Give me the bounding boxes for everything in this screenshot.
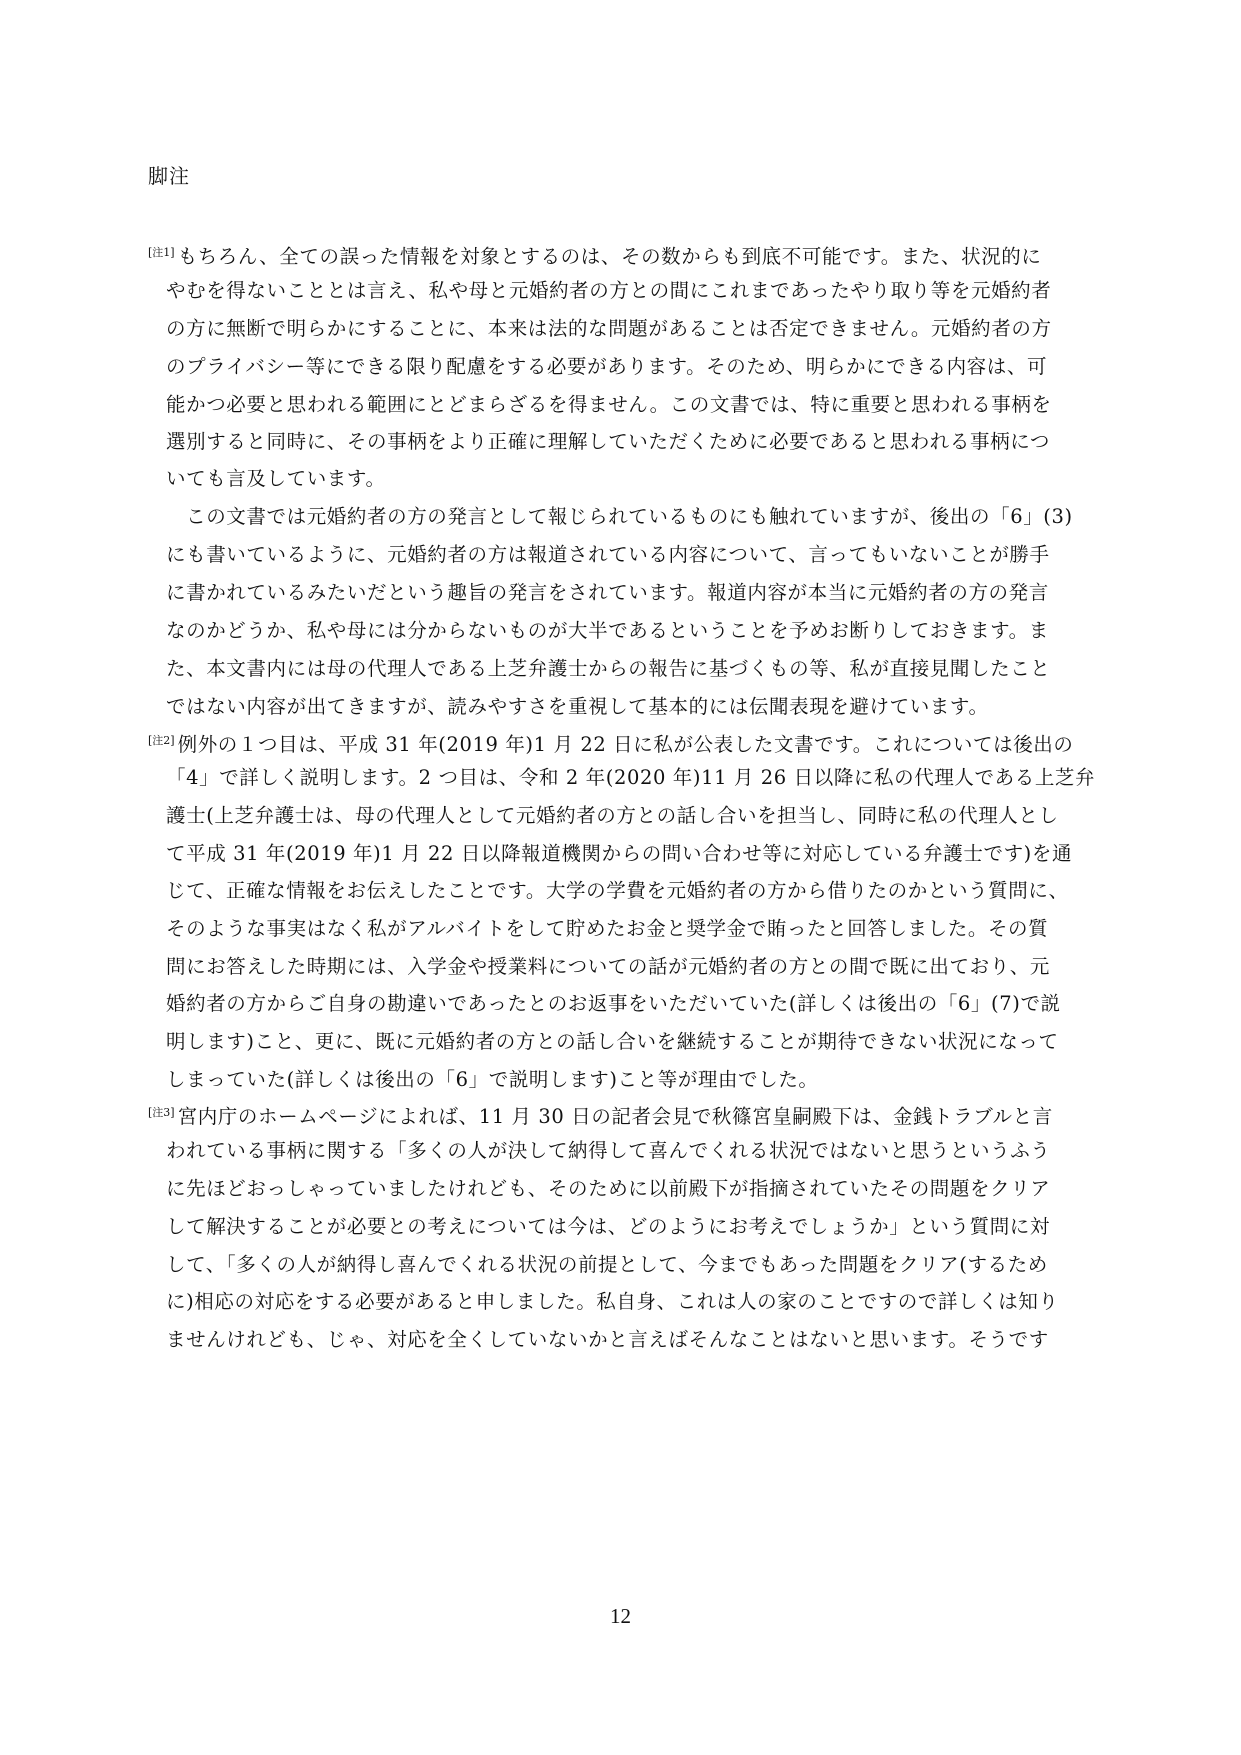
footnote-line: 能かつ必要と思われる範囲にとどまらざるを得ません。この文書では、特に重要と思われ… (166, 392, 1096, 418)
page-number: 12 (0, 1604, 1241, 1629)
footnote-line: に書かれているみたいだという趣旨の発言をされています。報道内容が本当に元婚約者の… (166, 580, 1096, 606)
footnote-line: 問にお答えした時期には、入学金や授業料についての話が元婚約者の方との間で既に出て… (166, 954, 1096, 980)
footnote-line: いても言及しています。 (166, 466, 1096, 492)
footnote-line: 護士(上芝弁護士は、母の代理人として元婚約者の方との話し合いを担当し、同時に私の… (166, 803, 1096, 829)
footnote-line: [注3]宮内庁のホームページによれば、11 月 30 日の記者会見で秋篠宮皇嗣殿… (148, 1100, 1078, 1130)
footnote-line: ませんけれども、じゃ、対応を全くしていないかと言えばそんなことはないと思います。… (166, 1327, 1096, 1353)
footnote-line: の方に無断で明らかにすることに、本来は法的な問題があることは否定できません。元婚… (166, 316, 1096, 342)
footnote-line: われている事柄に関する「多くの人が決して納得して喜んでくれる状況ではないと思うと… (166, 1138, 1096, 1164)
footnote-line: 選別すると同時に、その事柄をより正確に理解していただくために必要であると思われる… (166, 429, 1096, 455)
footnote-line: ではない内容が出てきますが、読みやすさを重視して基本的には伝聞表現を避けています… (166, 694, 1096, 720)
footnote-line: [注1]もちろん、全ての誤った情報を対象とするのは、その数からも到底不可能です。… (148, 240, 1078, 270)
footnote-line: そのような事実はなく私がアルバイトをして貯めたお金と奨学金で賄ったと回答しました… (166, 916, 1096, 942)
footnote-line: 婚約者の方からご自身の勘違いであったとのお返事をいただいていた(詳しくは後出の「… (166, 991, 1096, 1017)
footnote-line: にも書いているように、元婚約者の方は報道されている内容について、言ってもいないこ… (166, 542, 1096, 568)
footnotes-heading: 脚注 (148, 160, 190, 189)
footnote-line: [注2]例外の１つ目は、平成 31 年(2019 年)1 月 22 日に私が公表… (148, 728, 1078, 758)
footnote-line: 「4」で詳しく説明します。2 つ目は、令和 2 年(2020 年)11 月 26… (166, 765, 1096, 791)
footnote-line: に先ほどおっしゃっていましたけれども、そのために以前殿下が指摘されていたその問題… (166, 1176, 1096, 1202)
footnote-line: なのかどうか、私や母には分からないものが大半であるということを予めお断りしておき… (166, 618, 1096, 644)
footnote-line: のプライバシー等にできる限り配慮をする必要があります。そのため、明らかにできる内… (166, 354, 1096, 380)
footnote-line: この文書では元婚約者の方の発言として報じられているものにも触れていますが、後出の… (166, 504, 1096, 530)
footnote-marker: [注3] (148, 1106, 175, 1119)
footnote-line: しまっていた(詳しくは後出の「6」で説明します)こと等が理由でした。 (166, 1067, 1096, 1093)
footnote-marker: [注1] (148, 246, 175, 259)
footnote-line: やむを得ないこととは言え、私や母と元婚約者の方との間にこれまであったやり取り等を… (166, 278, 1096, 304)
footnote-marker: [注2] (148, 734, 175, 747)
footnote-line: 明します)こと、更に、既に元婚約者の方との話し合いを継続することが期待できない状… (166, 1029, 1096, 1055)
footnote-line: た、本文書内には母の代理人である上芝弁護士からの報告に基づくもの等、私が直接見聞… (166, 656, 1096, 682)
footnote-line: じて、正確な情報をお伝えしたことです。大学の学費を元婚約者の方から借りたのかとい… (166, 878, 1096, 904)
footnote-line: して、「多くの人が納得し喜んでくれる状況の前提として、今までもあった問題をクリア… (166, 1252, 1096, 1278)
footnote-line: して解決することが必要との考えについては今は、どのようにお考えでしょうか」という… (166, 1214, 1096, 1240)
footnote-line: に)相応の対応をする必要があると申しました。私自身、これは人の家のことですので詳… (166, 1289, 1096, 1315)
footnote-line: て平成 31 年(2019 年)1 月 22 日以降報道機関からの問い合わせ等に… (166, 841, 1096, 867)
